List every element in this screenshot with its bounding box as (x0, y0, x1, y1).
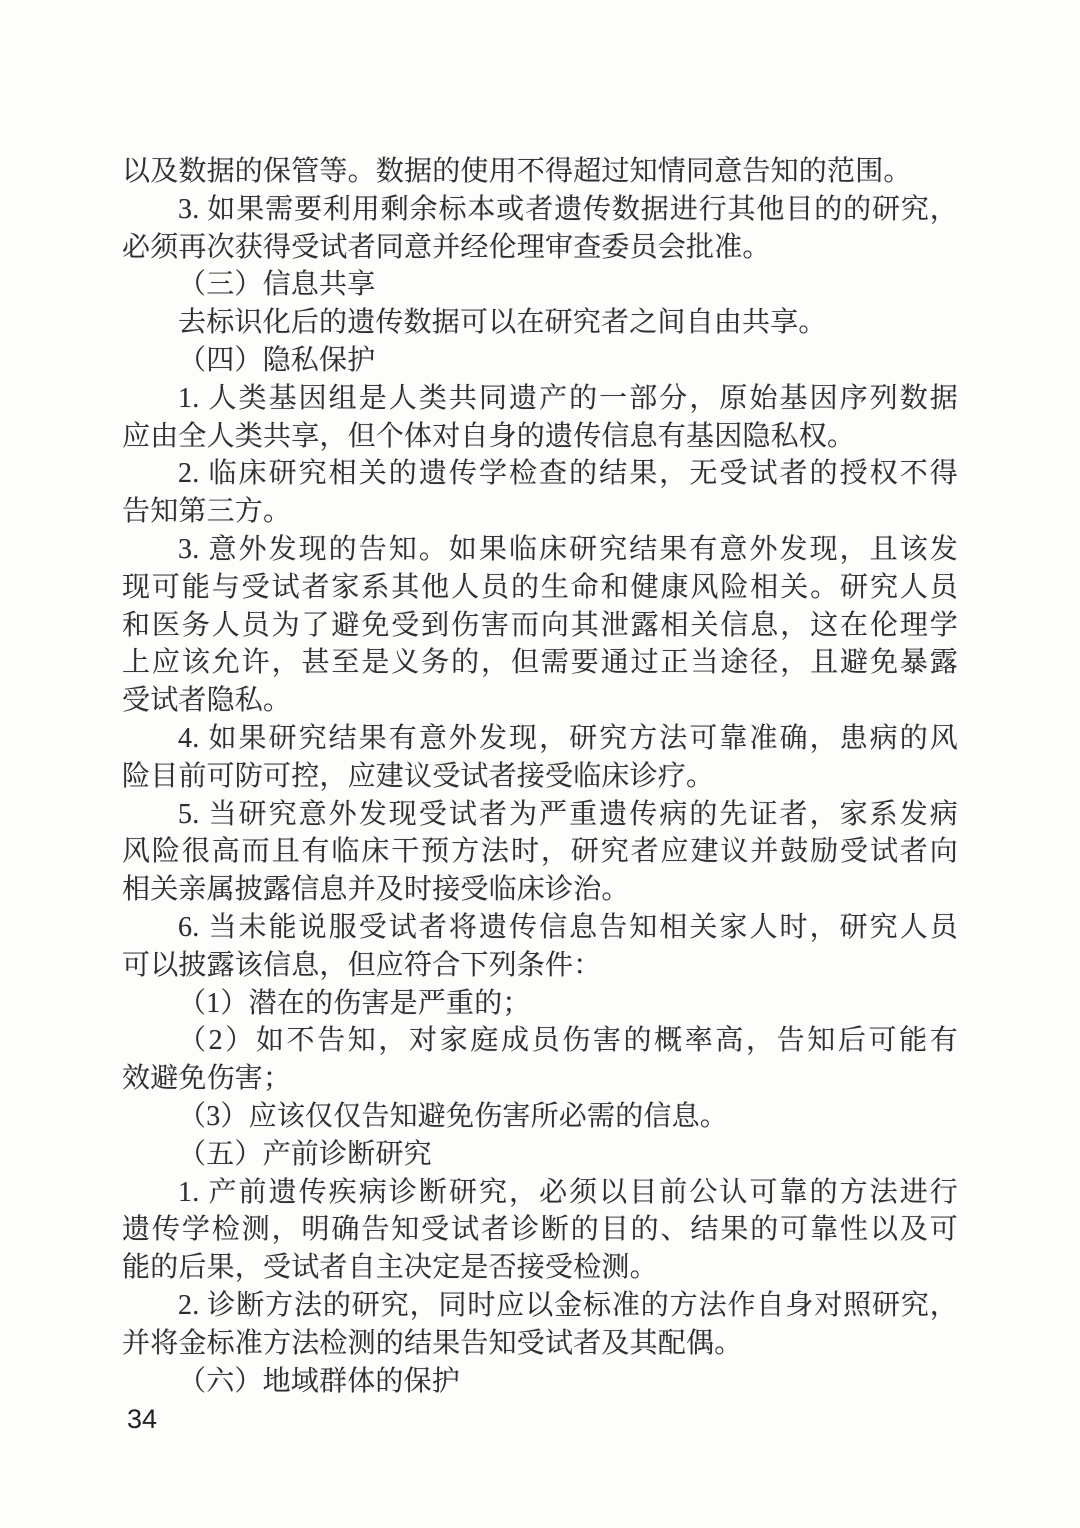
text-line: 应由全人类共享，但个体对自身的遗传信息有基因隐私权。 (122, 418, 958, 456)
text-line: 并将金标准方法检测的结果告知受试者及其配偶。 (122, 1325, 958, 1363)
text-line: （3）应该仅仅告知避免伤害所必需的信息。 (122, 1098, 958, 1136)
text-line: 去标识化后的遗传数据可以在研究者之间自由共享。 (122, 304, 958, 342)
text-line: （五）产前诊断研究 (122, 1136, 958, 1174)
text-line: 5. 当研究意外发现受试者为严重遗传病的先证者，家系发病 (122, 796, 958, 834)
text-line: 遗传学检测，明确告知受试者诊断的目的、结果的可靠性以及可 (122, 1211, 958, 1249)
text-line: （六）地域群体的保护 (122, 1363, 958, 1401)
document-page: 以及数据的保管等。数据的使用不得超过知情同意告知的范围。3. 如果需要利用剩余标… (0, 0, 1080, 1528)
text-line: （四）隐私保护 (122, 342, 958, 380)
text-line: 和医务人员为了避免受到伤害而向其泄露相关信息，这在伦理学 (122, 607, 958, 645)
page-number: 34 (127, 1403, 157, 1435)
text-line: 2. 临床研究相关的遗传学检查的结果，无受试者的授权不得 (122, 455, 958, 493)
document-text-block: 以及数据的保管等。数据的使用不得超过知情同意告知的范围。3. 如果需要利用剩余标… (122, 153, 958, 1400)
text-line: 上应该允许，甚至是义务的，但需要通过正当途径，且避免暴露 (122, 644, 958, 682)
text-line: 现可能与受试者家系其他人员的生命和健康风险相关。研究人员 (122, 569, 958, 607)
text-line: 告知第三方。 (122, 493, 958, 531)
text-line: 效避免伤害； (122, 1060, 958, 1098)
text-line: 受试者隐私。 (122, 682, 958, 720)
text-line: 险目前可防可控，应建议受试者接受临床诊疗。 (122, 758, 958, 796)
text-line: 4. 如果研究结果有意外发现，研究方法可靠准确，患病的风 (122, 720, 958, 758)
text-line: 1. 人类基因组是人类共同遗产的一部分，原始基因序列数据 (122, 380, 958, 418)
text-line: 可以披露该信息，但应符合下列条件： (122, 947, 958, 985)
text-line: 风险很高而且有临床干预方法时，研究者应建议并鼓励受试者向 (122, 833, 958, 871)
text-line: 6. 当未能说服受试者将遗传信息告知相关家人时，研究人员 (122, 909, 958, 947)
text-line: 必须再次获得受试者同意并经伦理审查委员会批准。 (122, 229, 958, 267)
text-line: （2）如不告知，对家庭成员伤害的概率高，告知后可能有 (122, 1022, 958, 1060)
text-line: （1）潜在的伤害是严重的； (122, 985, 958, 1023)
text-line: 以及数据的保管等。数据的使用不得超过知情同意告知的范围。 (122, 153, 958, 191)
text-line: 3. 意外发现的告知。如果临床研究结果有意外发现，且该发 (122, 531, 958, 569)
text-line: 相关亲属披露信息并及时接受临床诊治。 (122, 871, 958, 909)
text-line: 2. 诊断方法的研究，同时应以金标准的方法作自身对照研究， (122, 1287, 958, 1325)
text-line: （三）信息共享 (122, 266, 958, 304)
text-line: 1. 产前遗传疾病诊断研究，必须以目前公认可靠的方法进行 (122, 1174, 958, 1212)
text-line: 3. 如果需要利用剩余标本或者遗传数据进行其他目的的研究， (122, 191, 958, 229)
text-line: 能的后果，受试者自主决定是否接受检测。 (122, 1249, 958, 1287)
